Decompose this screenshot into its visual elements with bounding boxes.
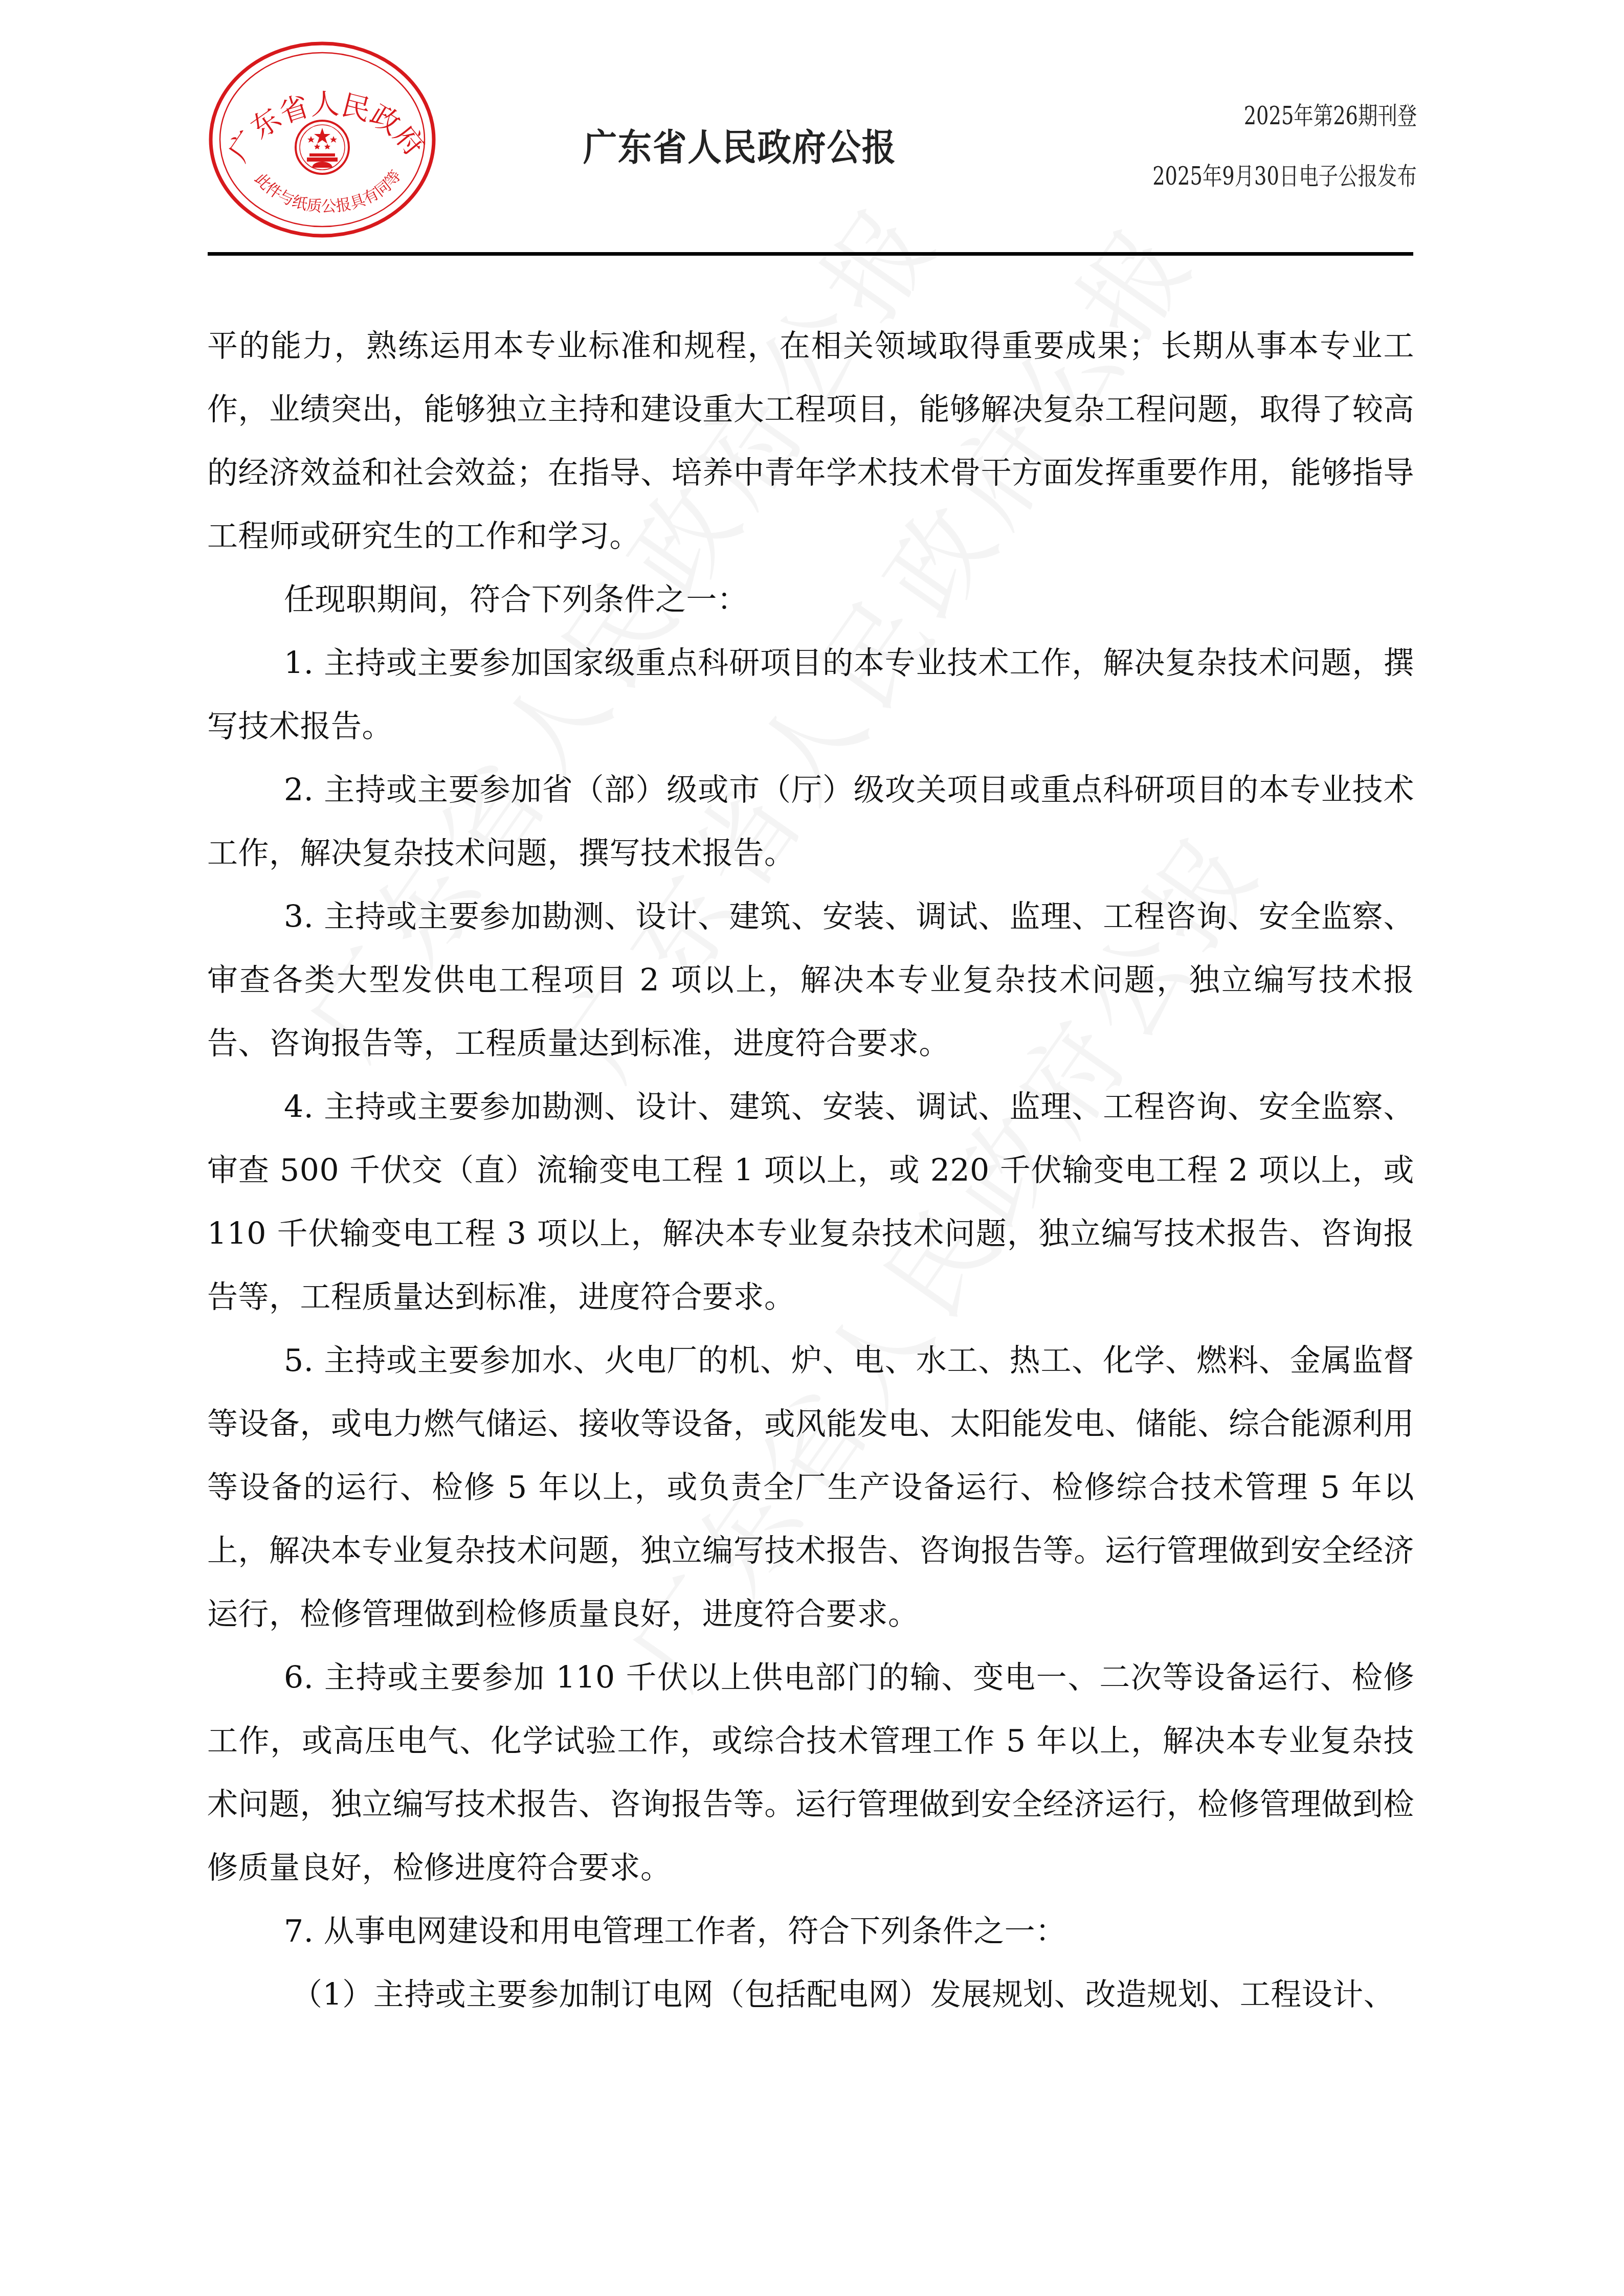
paragraph-item-3: 3. 主持或主要参加勘测、设计、建筑、安装、调试、监理、工程咨询、安全监察、审查… <box>207 885 1414 1075</box>
publish-date-line: 2025年9月30日电子公报发布 <box>1152 156 1417 192</box>
paragraph-item-1: 1. 主持或主要参加国家级重点科研项目的本专业技术工作，解决复杂技术问题，撰写技… <box>207 632 1414 758</box>
issue-line: 2025年第26期刊登 <box>1243 96 1417 131</box>
paragraph-item-6: 6. 主持或主要参加 110 千伏以上供电部门的输、变电一、二次等设备运行、检修… <box>207 1646 1414 1900</box>
document-body: 平的能力，熟练运用本专业标准和规程，在相关领域取得重要成果；长期从事本专业工作，… <box>207 314 1414 2027</box>
official-seal-icon: 广东省人民政府公报 此件与纸质公报具有同等效力 <box>207 40 437 239</box>
paragraph-item-7: 7. 从事电网建设和用电管理工作者，符合下列条件之一： <box>207 1900 1414 1963</box>
header-divider <box>208 252 1413 256</box>
paragraph-continuation: 平的能力，熟练运用本专业标准和规程，在相关领域取得重要成果；长期从事本专业工作，… <box>207 314 1414 568</box>
paragraph-item-2: 2. 主持或主要参加省（部）级或市（厅）级攻关项目或重点科研项目的本专业技术工作… <box>207 758 1414 885</box>
document-page: 广东省人民政府公报 广东省人民政府公报 广东省人民政府公报 广东省人民政府公报 … <box>0 0 1624 2296</box>
paragraph-item-5: 5. 主持或主要参加水、火电厂的机、炉、电、水工、热工、化学、燃料、金属监督等设… <box>207 1329 1414 1646</box>
paragraph-item-7-1: （1）主持或主要参加制订电网（包括配电网）发展规划、改造规划、工程设计、 <box>207 1963 1414 2027</box>
bulletin-title: 广东省人民政府公报 <box>583 118 897 171</box>
paragraph-item-4: 4. 主持或主要参加勘测、设计、建筑、安装、调试、监理、工程咨询、安全监察、审查… <box>207 1075 1414 1329</box>
svg-text:广东省人民政府公报: 广东省人民政府公报 <box>207 40 431 168</box>
seal-top-text: 广东省人民政府公报 <box>207 40 431 168</box>
national-emblem-icon <box>296 121 349 174</box>
paragraph-conditions-intro: 任现职期间，符合下列条件之一： <box>207 568 1414 632</box>
